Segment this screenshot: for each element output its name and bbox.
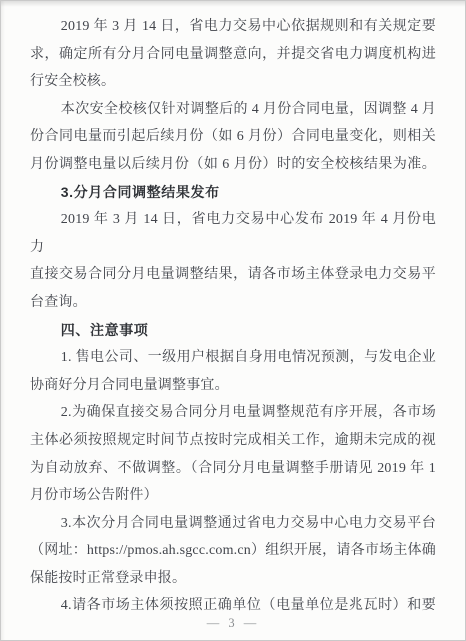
text-line: 直接交易合同分月电量调整结果，请各市场主体登录电力交易平 [30,261,436,289]
paragraph: 2.为确保直接交易合同分月电量调整规范有序开展，各市场主体必须按照规定时间节点按… [30,399,436,509]
paragraph: 1. 售电公司、一级用户根据自身用电情况预测，与发电企业协商好分月合同电量调整事… [30,344,436,399]
text-line: 四、注意事项 [30,317,436,345]
paragraph: 2019 年 3 月 14 日，省电力交易中心依据规则和有关规定要求，确定所有分… [30,13,436,96]
text-line: 协商好分月合同电量调整事宜。 [30,372,436,400]
paragraph: 3.本次分月合同电量调整通过省电力交易中心电力交易平台（网址：https://p… [30,510,436,593]
text-line: 2019 年 3 月 14 日，省电力交易中心发布 2019 年 4 月份电力 [30,206,436,261]
text-line: 求，确定所有分月合同电量调整意向，并提交省电力调度机构进 [30,41,436,69]
text-line: 1. 售电公司、一级用户根据自身用电情况预测，与发电企业 [30,344,436,372]
document-body: 2019 年 3 月 14 日，省电力交易中心依据规则和有关规定要求，确定所有分… [1,1,465,620]
text-line: 行安全校核。 [30,68,436,96]
text-line: 主体必须按照规定时间节点按时完成相关工作，逾期未完成的视 [30,427,436,455]
text-line: 台查询。 [30,289,436,317]
paragraph: 2019 年 3 月 14 日，省电力交易中心发布 2019 年 4 月份电力直… [30,206,436,316]
text-line: 为自动放弃、不做调整。（合同分月电量调整手册请见 2019 年 1 [30,455,436,483]
text-line: 月份调整电量以后续月份（如 6 月份）时的安全校核结果为准。 [30,151,436,179]
text-line: 月份市场公告附件） [30,482,436,510]
text-line: （网址：https://pmos.ah.sgcc.com.cn）组织开展，请各市… [30,537,436,565]
text-line: 3.分月合同调整结果发布 [30,179,436,207]
text-line: 2.为确保直接交易合同分月电量调整规范有序开展，各市场 [30,399,436,427]
text-line: 保能按时正常登录申报。 [30,565,436,593]
section-heading: 3.分月合同调整结果发布 [30,179,436,207]
section-heading: 四、注意事项 [30,317,436,345]
document-page: 2019 年 3 月 14 日，省电力交易中心依据规则和有关规定要求，确定所有分… [0,0,466,641]
page-number: — 3 — [1,616,465,631]
text-line: 本次安全校核仅针对调整后的 4 月份合同电量，因调整 4 月 [30,96,436,124]
paragraph: 本次安全校核仅针对调整后的 4 月份合同电量，因调整 4 月份合同电量而引起后续… [30,96,436,179]
text-line: 3.本次分月合同电量调整通过省电力交易中心电力交易平台 [30,510,436,538]
text-line: 份合同电量而引起后续月份（如 6 月份）合同电量变化，则相关 [30,123,436,151]
text-line: 2019 年 3 月 14 日，省电力交易中心依据规则和有关规定要 [30,13,436,41]
